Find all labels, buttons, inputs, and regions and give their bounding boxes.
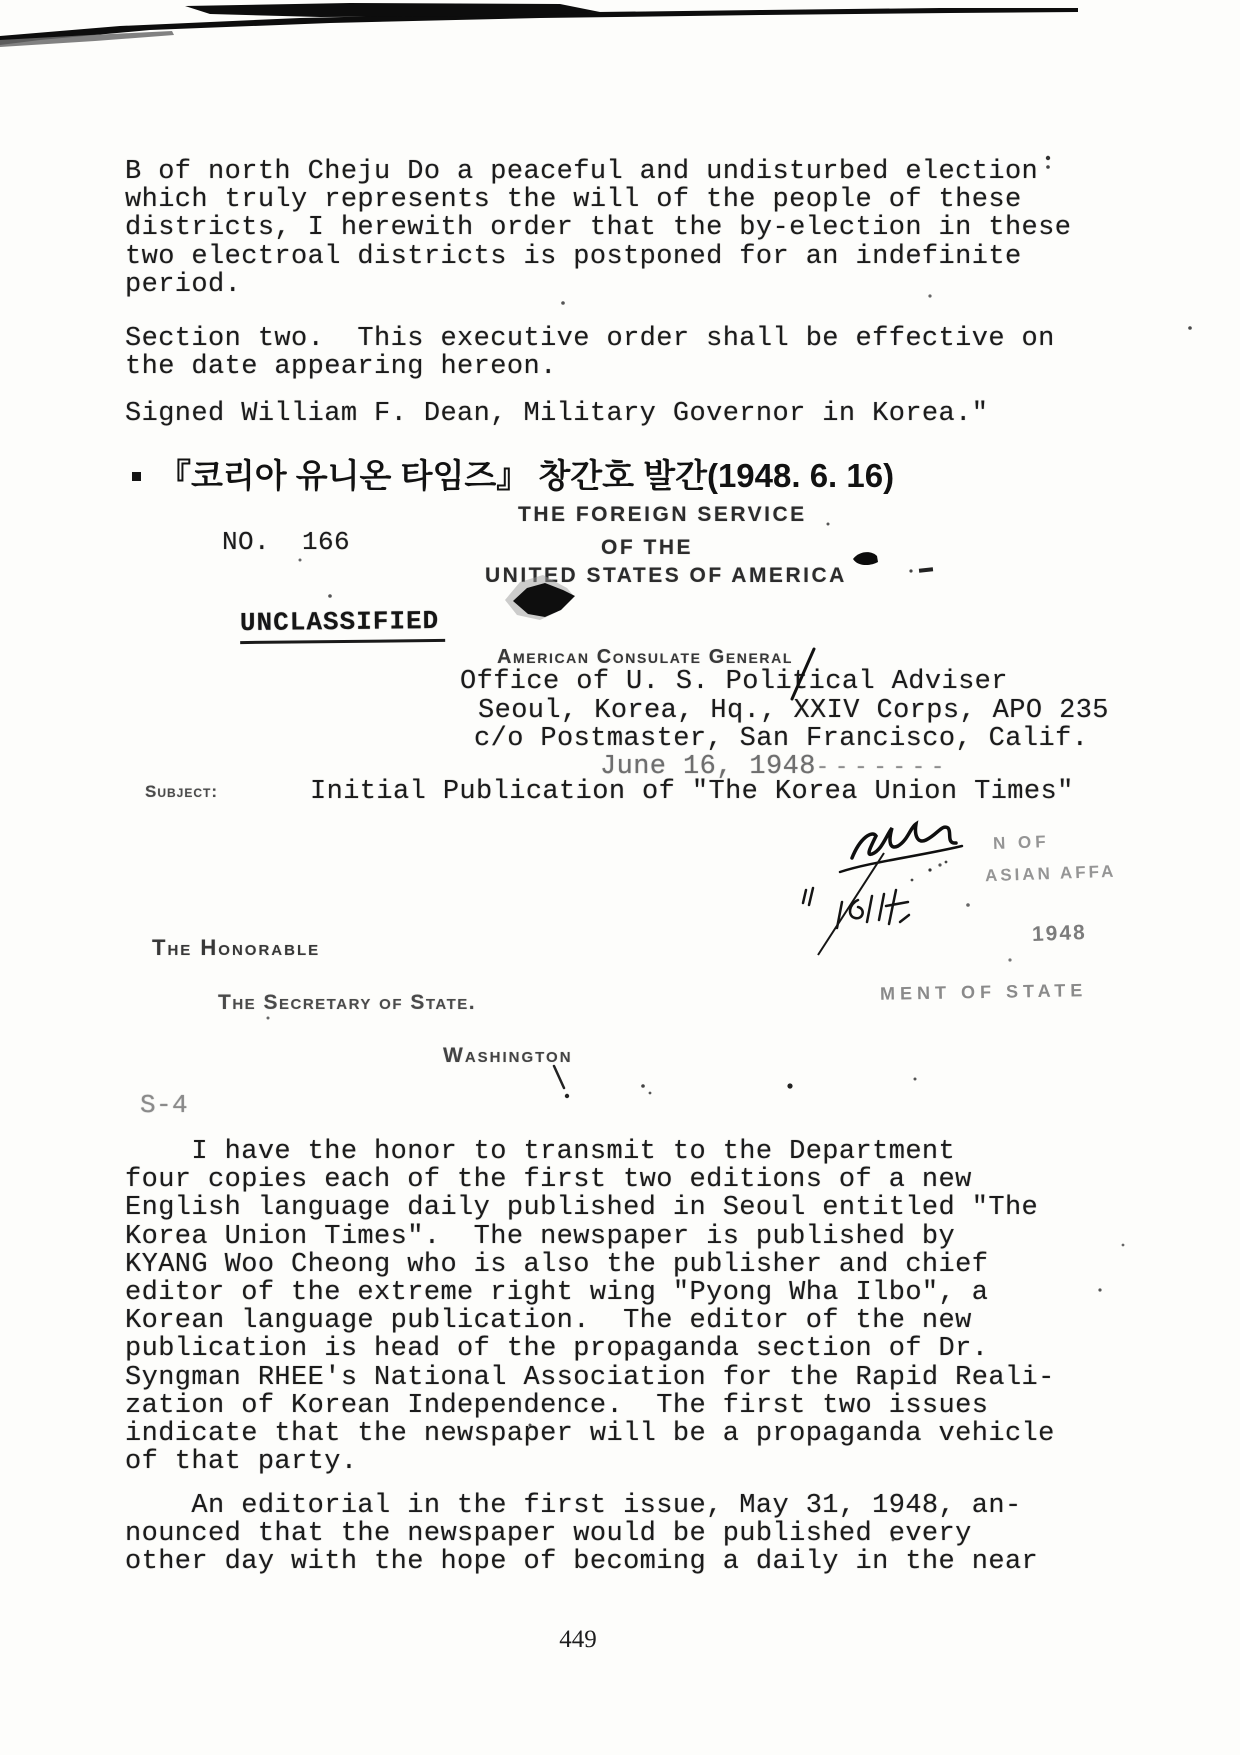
classification-stamp: UNCLASSIFIED (240, 606, 446, 644)
handwritten-numbers (803, 888, 909, 928)
pen-mark (845, 545, 955, 585)
korean-heading: 『코리아 유니온 타임즈』 창간호 발간(1948. 6. 16) (158, 450, 894, 497)
file-code: S-4 (140, 1090, 188, 1120)
handwritten-scrawl (780, 810, 1020, 970)
document-number: NO. 166 (222, 527, 350, 557)
quote-paragraph-2: Section two. This executive order shall … (125, 325, 1055, 381)
page-number: 449 (518, 1626, 638, 1654)
address-line-3: c/o Postmaster, San Francisco, Calif. (474, 725, 1088, 753)
signed-line: Signed William F. Dean, Military Governo… (125, 400, 988, 428)
stamp-year: 1948 (1032, 921, 1088, 947)
stamp-fragment-asian-affairs: ASIAN AFFA (985, 862, 1117, 887)
quote-paragraph-1: B of north Cheju Do a peaceful and undis… (125, 158, 1071, 299)
pen-slash-adviser (780, 645, 825, 705)
stamp-fragment-dept-of-state: MENT OF STATE (880, 980, 1088, 1005)
washington-pen-marks (540, 1062, 600, 1107)
stamp-fragment-division: N OF (993, 832, 1050, 854)
ink-blob (495, 570, 595, 630)
scanned-document-page: B of north Cheju Do a peaceful and undis… (0, 0, 1240, 1755)
subject-label: Subject: (145, 782, 218, 802)
recipient-honorable: The Honorable (152, 935, 320, 961)
letterhead-line-1: THE FOREIGN SERVICE (518, 503, 807, 527)
recipient-secretary: The Secretary of State. (218, 991, 476, 1015)
consulate-name: American Consulate General (497, 646, 793, 669)
subject-text: Initial Publication of "The Korea Union … (310, 778, 1074, 806)
letterhead-line-2: OF THE (601, 536, 693, 560)
address-line-1: Office of U. S. Political Adviser (460, 668, 1008, 696)
body-paragraph-1: I have the honor to transmit to the Depa… (125, 1138, 1055, 1476)
bullet-square-icon (132, 472, 141, 481)
top-edge-smudge (0, 0, 1240, 60)
body-paragraph-2: An editorial in the first issue, May 31,… (125, 1492, 1038, 1577)
